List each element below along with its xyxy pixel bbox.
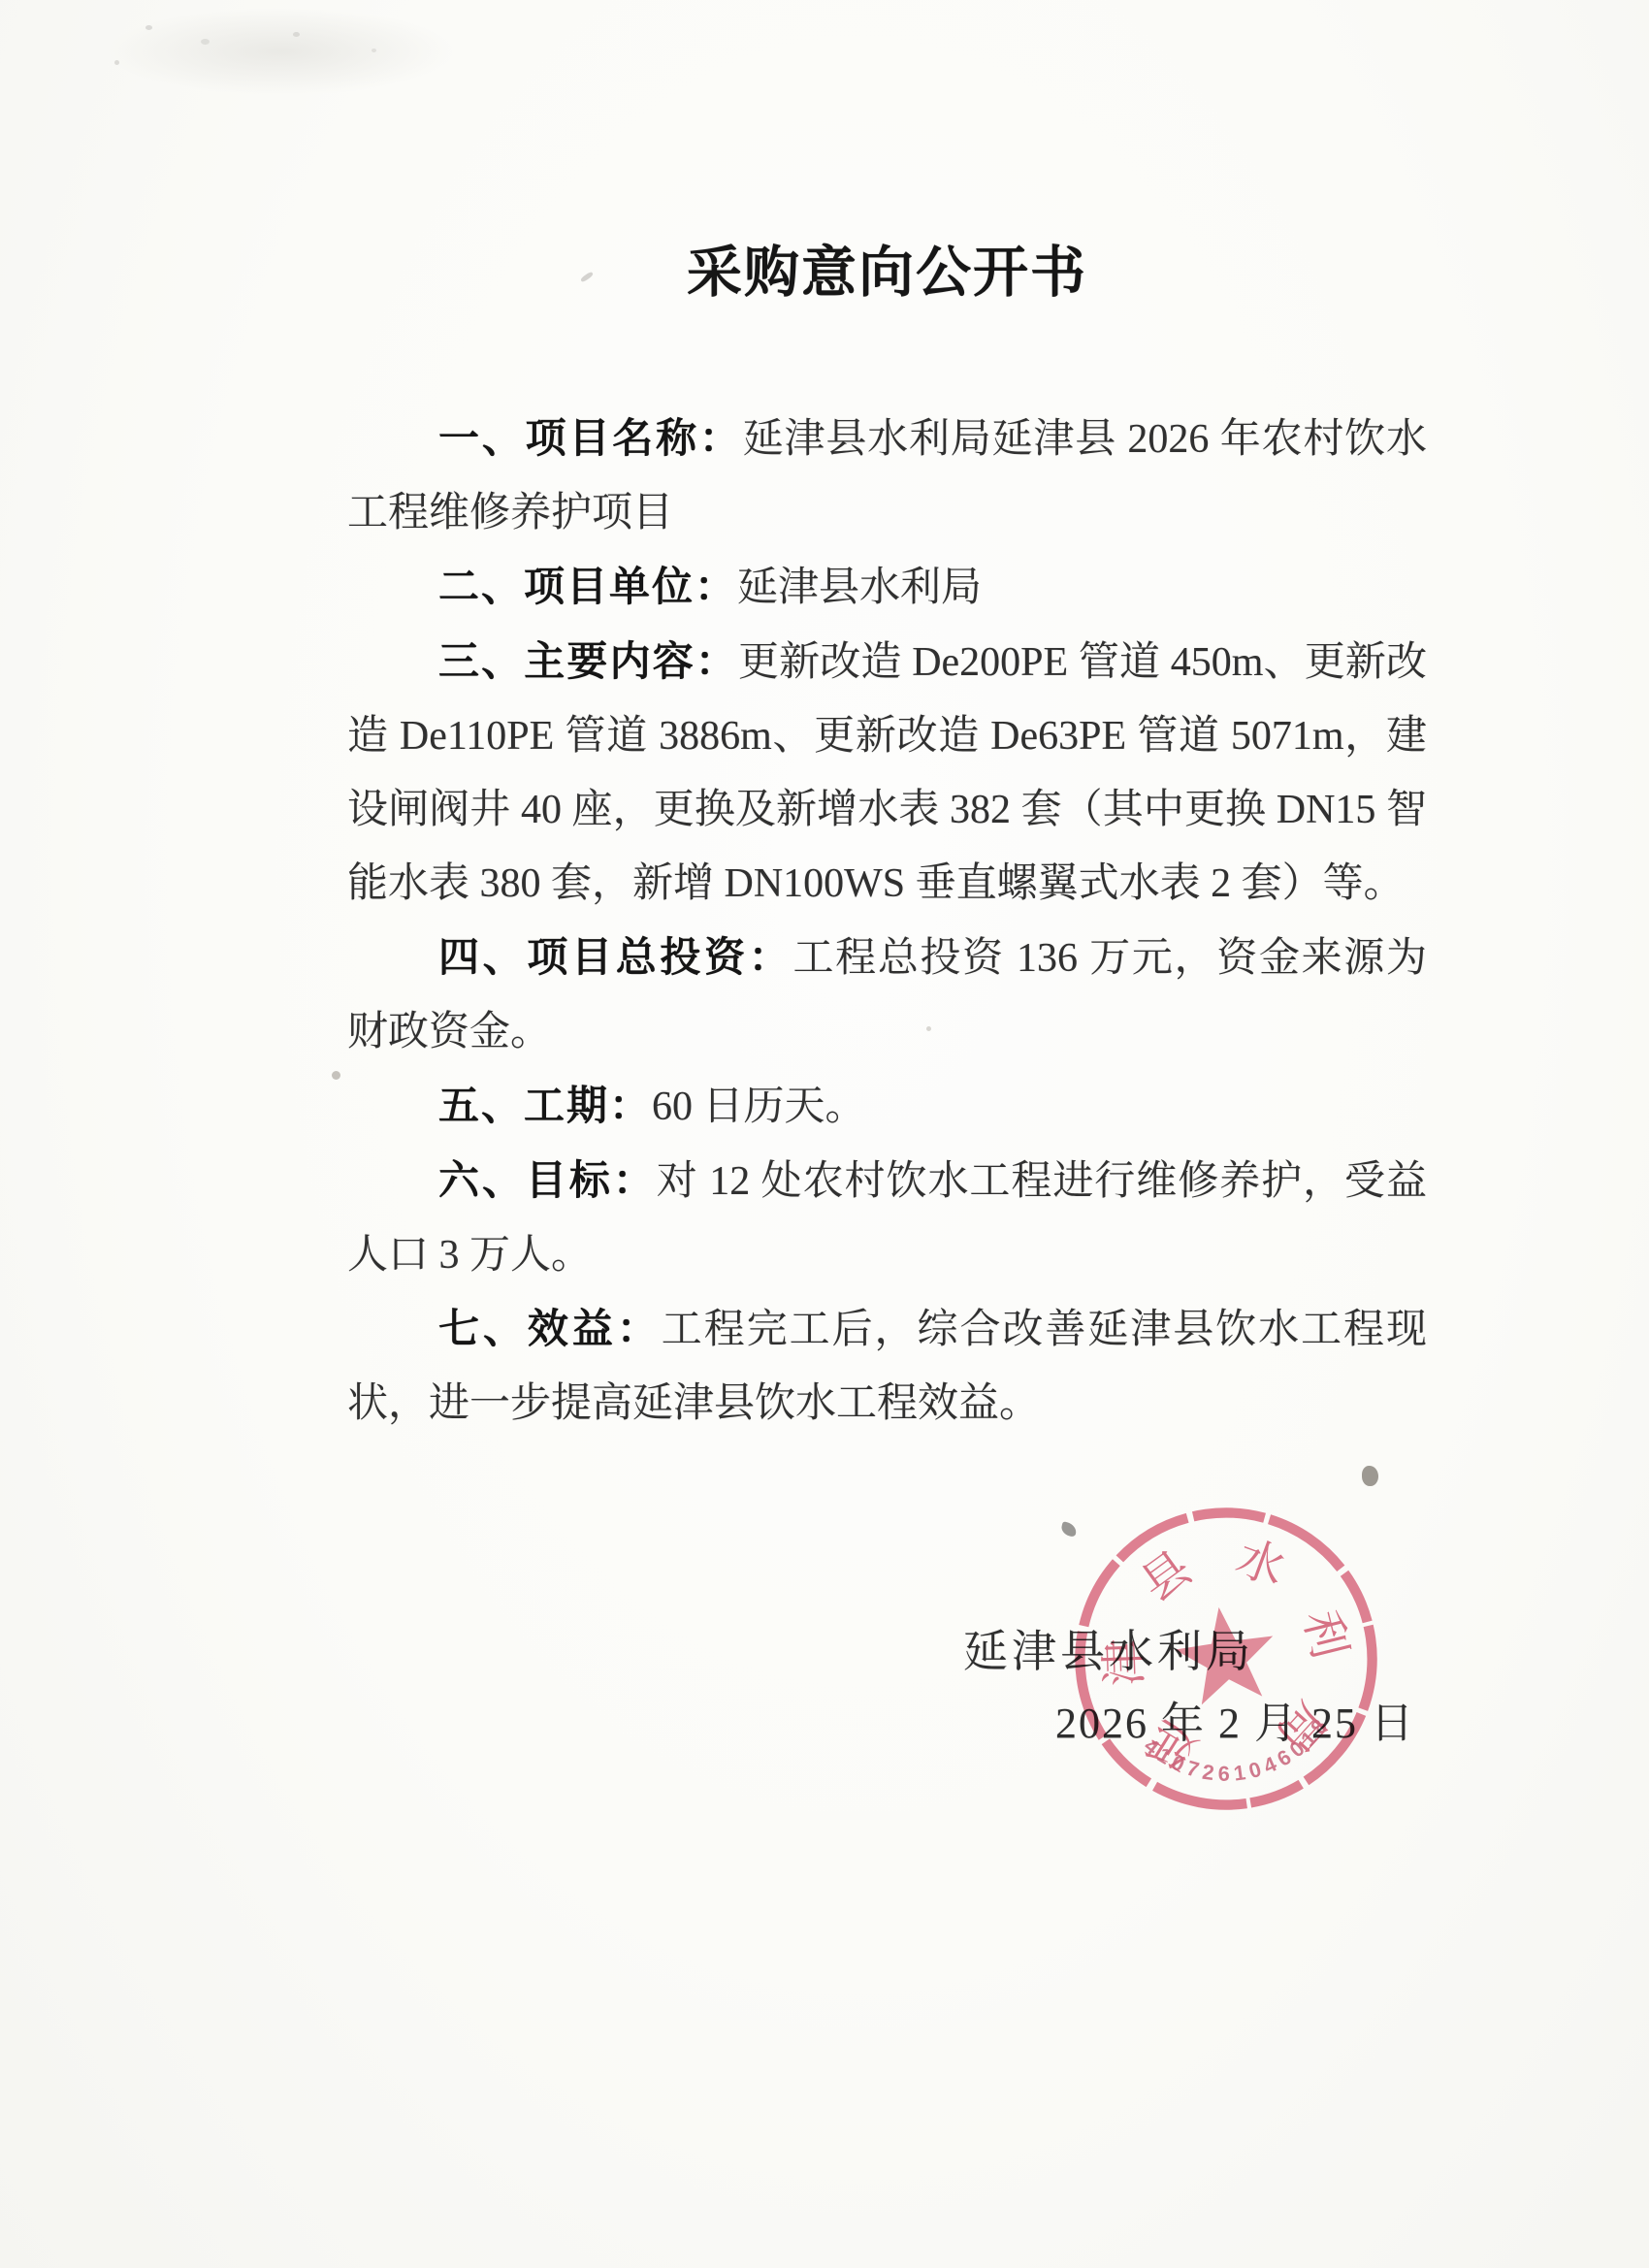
section-text: 60 日历天。 bbox=[652, 1085, 866, 1129]
paragraph-project-name: 一、项目名称：延津县水利局延津县 2026 年农村饮水工程维修养护项目 bbox=[347, 402, 1427, 550]
signature-organization: 延津县水利局 bbox=[963, 1616, 1254, 1680]
paragraph-total-investment: 四、项目总投资：工程总投资 136 万元，资金来源为财政资金。 bbox=[347, 921, 1427, 1069]
seal-char: 县 bbox=[1133, 1542, 1201, 1611]
section-label: 四、项目总投资： bbox=[438, 934, 792, 980]
paragraph-duration: 五、工期：60 日历天。 bbox=[347, 1069, 1427, 1144]
paragraph-project-unit: 二、项目单位：延津县水利局 bbox=[347, 550, 1427, 625]
section-text: 延津县水利局 bbox=[737, 566, 982, 610]
scan-artifact bbox=[1060, 1521, 1079, 1538]
signature-date: 2026 年 2 月 25 日 bbox=[1055, 1688, 1415, 1750]
section-label: 六、目标： bbox=[438, 1157, 657, 1203]
paragraph-goal: 六、目标：对 12 处农村饮水工程进行维修养护，受益人口 3 万人。 bbox=[347, 1144, 1427, 1292]
scan-artifact bbox=[1362, 1466, 1378, 1486]
seal-char: 利 bbox=[1294, 1605, 1355, 1664]
section-label: 五、工期： bbox=[438, 1083, 652, 1128]
section-label: 三、主要内容： bbox=[438, 638, 738, 684]
section-label: 七、效益： bbox=[438, 1306, 662, 1351]
scanned-document-page: 采购意向公开书 一、项目名称：延津县水利局延津县 2026 年农村饮水工程维修养… bbox=[0, 0, 1649, 2268]
section-label: 一、项目名称： bbox=[438, 415, 743, 461]
scan-artifact bbox=[332, 1071, 340, 1080]
paragraph-main-content: 三、主要内容：更新改造 De200PE 管道 450m、更新改造 De110PE… bbox=[347, 625, 1427, 921]
scan-noise-blotch bbox=[107, 8, 456, 95]
document-title: 采购意向公开书 bbox=[347, 239, 1427, 307]
seal-char: 水 bbox=[1230, 1532, 1292, 1596]
paragraph-benefit: 七、效益：工程完工后，综合改善延津县饮水工程现状，进一步提高延津县饮水工程效益。 bbox=[347, 1292, 1427, 1441]
document-body: 一、项目名称：延津县水利局延津县 2026 年农村饮水工程维修养护项目 二、项目… bbox=[347, 402, 1427, 1441]
section-label: 二、项目单位： bbox=[438, 564, 737, 609]
